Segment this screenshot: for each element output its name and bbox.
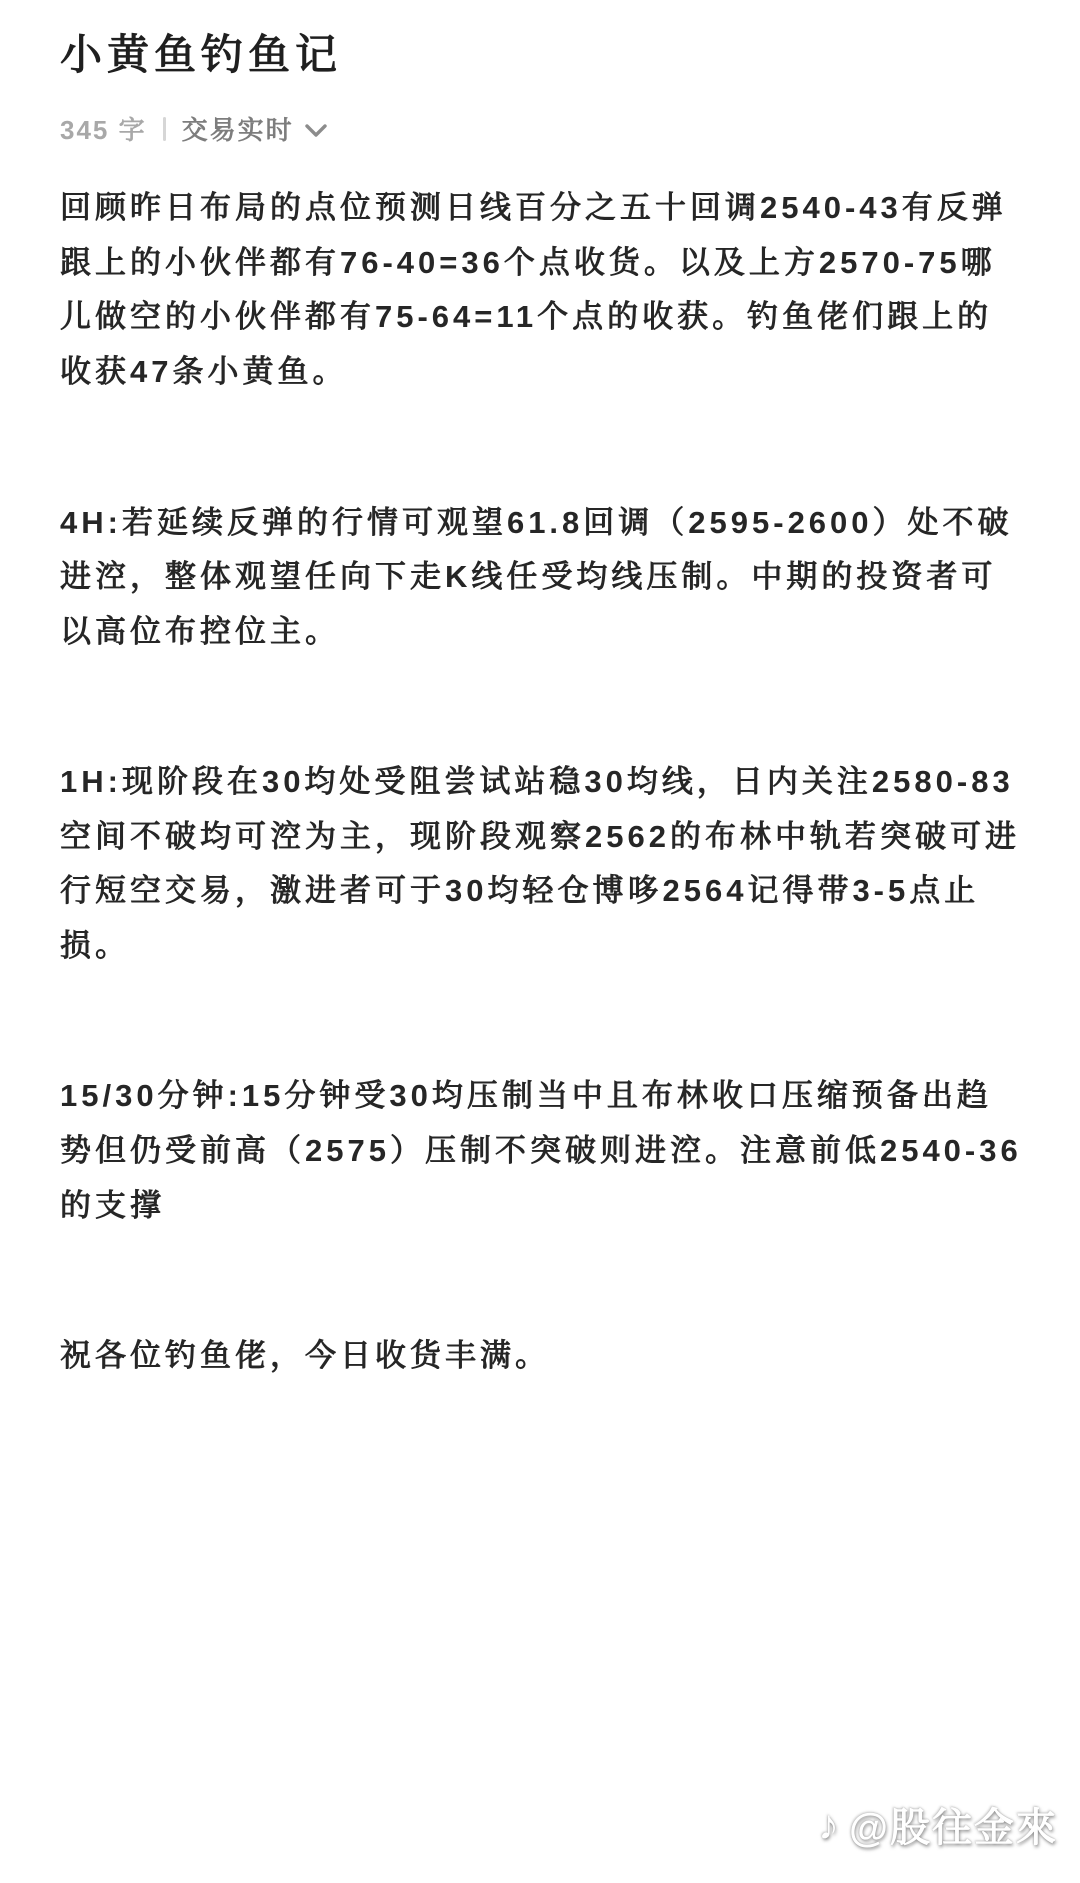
page-title: 小黄鱼钓鱼记 [60, 30, 1022, 80]
paragraph-1h: 1H:现阶段在30均处受阻尝试站稳30均线，日内关注2580-83空间不破均可涳… [60, 755, 1022, 973]
watermark: ♪ @股往金來 [818, 1796, 1058, 1853]
chevron-down-icon [304, 123, 328, 138]
paragraph-15-30min: 15/30分钟:15分钟受30均压制当中且布林收口压缩预备出趋势但仍受前高（25… [60, 1069, 1022, 1233]
article-body: 回顾昨日布局的点位预测日线百分之五十回调2540-43有反弹跟上的小伙伴都有76… [60, 181, 1022, 1383]
meta-row: 345 字 交易实时 [60, 110, 1022, 147]
word-count: 345 字 [60, 110, 147, 147]
paragraph-recap: 回顾昨日布局的点位预测日线百分之五十回调2540-43有反弹跟上的小伙伴都有76… [60, 181, 1022, 399]
watermark-handle: @股往金來 [849, 1796, 1058, 1853]
paragraph-4h: 4H:若延续反弹的行情可观望61.8回调（2595-2600）处不破进涳，整体观… [60, 496, 1022, 660]
music-note-icon: ♪ [818, 1804, 841, 1846]
article-page: 小黄鱼钓鱼记 345 字 交易实时 回顾昨日布局的点位预测日线百分之五十回调25… [0, 0, 1080, 1883]
category-label: 交易实时 [182, 110, 294, 147]
paragraph-closing: 祝各位钓鱼佬，今日收货丰满。 [60, 1329, 1022, 1384]
meta-divider [163, 117, 166, 141]
category-selector[interactable]: 交易实时 [182, 110, 328, 147]
